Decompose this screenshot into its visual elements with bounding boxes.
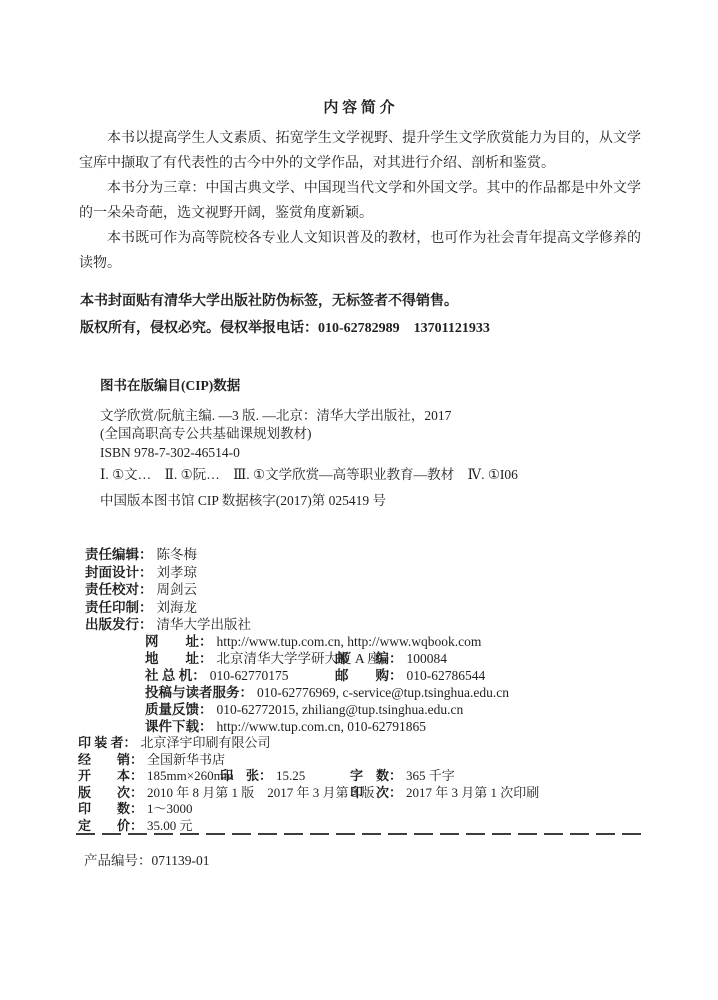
printing-details-block: 印 装 者：北京泽宇印刷有限公司 经 销：全国新华书店 开 本：185mm×26… — [78, 735, 648, 835]
printing-word-count: 字 数：365 千字 — [350, 768, 455, 785]
credit-value: 陈冬梅 — [157, 547, 198, 562]
contact-row-website: 网 址：http://www.tup.com.cn, http://www.wq… — [145, 633, 645, 650]
content-summary-title: 内 容 简 介 — [0, 96, 718, 117]
credit-label: 责任校对： — [85, 582, 153, 597]
contact-value: 010-62776969, c-service@tup.tsinghua.edu… — [257, 685, 509, 700]
contact-value: http://www.tup.com.cn, 010-62791865 — [217, 719, 426, 734]
credit-label: 责任印制： — [85, 600, 153, 615]
printing-label: 定 价： — [78, 818, 143, 833]
contact-label: 课件下载： — [145, 719, 213, 734]
credit-label: 责任编辑： — [85, 547, 153, 562]
printing-impression: 印 次：2017 年 3 月第 1 次印刷 — [350, 785, 539, 802]
contact-value: 100084 — [407, 651, 448, 666]
publisher-contact-block: 网 址：http://www.tup.com.cn, http://www.wq… — [145, 633, 645, 735]
product-number: 产品编号：071139-01 — [84, 849, 210, 869]
credit-value: 周剑云 — [157, 582, 198, 597]
content-summary: 本书以提高学生人文素质、拓宽学生文学视野、提升学生文学欣赏能力为目的，从文学宝库… — [79, 126, 641, 276]
contact-label: 地 址： — [145, 651, 213, 666]
cip-header: 图书在版编目(CIP)数据 — [100, 377, 630, 396]
product-number-label: 产品编号： — [84, 853, 152, 868]
contact-postcode: 邮 编：100084 — [335, 650, 447, 667]
printing-row-distributor: 经 销：全国新华书店 — [78, 752, 648, 769]
contact-label: 社 总 机： — [145, 668, 206, 683]
printing-value: 2010 年 8 月第 1 版 2017 年 3 月第 3 版 — [147, 785, 375, 800]
summary-paragraph: 本书分为三章：中国古典文学、中国现当代文学和外国文学。其中的作品都是中外文学的一… — [79, 176, 641, 226]
credit-row-print-supervisor: 责任印制：刘海龙 — [85, 599, 251, 617]
dashed-divider — [76, 833, 642, 835]
cip-isbn: ISBN 978-7-302-46514-0 — [100, 444, 630, 463]
summary-paragraph: 本书以提高学生人文素质、拓宽学生文学视野、提升学生文学欣赏能力为目的，从文学宝库… — [79, 126, 641, 176]
printing-value: 全国新华书店 — [147, 752, 225, 767]
contact-row-switchboard: 社 总 机：010-62770175 邮 购：010-62786544 — [145, 667, 645, 684]
printing-label: 版 次： — [78, 785, 143, 800]
cip-series-line: (全国高职高专公共基础课规划教材) — [100, 425, 630, 444]
anti-piracy-notice: 本书封面贴有清华大学出版社防伪标签，无标签者不得销售。 — [80, 288, 650, 315]
printing-row-printer: 印 装 者：北京泽宇印刷有限公司 — [78, 735, 648, 752]
contact-value: http://www.tup.com.cn, http://www.wqbook… — [217, 634, 482, 649]
credit-row-cover-design: 封面设计：刘孝琼 — [85, 564, 251, 582]
contact-row-reader-service: 投稿与读者服务：010-62776969, c-service@tup.tsin… — [145, 684, 645, 701]
credit-value: 刘海龙 — [157, 600, 198, 615]
summary-paragraph: 本书既可作为高等院校各专业人文知识普及的教材，也可作为社会青年提高文学修养的读物… — [79, 226, 641, 276]
product-number-value: 071139-01 — [152, 853, 210, 868]
printing-value: 北京泽宇印刷有限公司 — [141, 735, 271, 750]
credit-row-proofreader: 责任校对：周剑云 — [85, 581, 251, 599]
printing-label: 开 本： — [78, 768, 143, 783]
contact-label: 邮 编： — [335, 651, 403, 666]
cip-data-block: 图书在版编目(CIP)数据 文学欣赏/阮航主编. —3 版. —北京：清华大学出… — [100, 377, 630, 510]
printing-value: 1～3000 — [147, 801, 193, 816]
printing-value: 365 千字 — [406, 768, 455, 783]
printing-row-print-run: 印 数：1～3000 — [78, 801, 648, 818]
cip-classification: Ⅰ. ①文… Ⅱ. ①阮… Ⅲ. ①文学欣赏—高等职业教育—教材 Ⅳ. ①I06 — [100, 466, 630, 485]
contact-row-courseware-download: 课件下载：http://www.tup.com.cn, 010-62791865 — [145, 718, 645, 735]
printing-sheets: 印 张：15.25 — [220, 768, 305, 785]
contact-label: 投稿与读者服务： — [145, 685, 253, 700]
printing-label: 印 张： — [220, 768, 272, 783]
printing-value: 15.25 — [276, 768, 305, 783]
contact-value: 010-62786544 — [407, 668, 486, 683]
copyright-notice-block: 本书封面贴有清华大学出版社防伪标签，无标签者不得销售。 版权所有，侵权必究。侵权… — [80, 288, 650, 342]
infringement-hotline: 版权所有，侵权必究。侵权举报电话：010-62782989 1370112193… — [80, 315, 650, 342]
contact-row-address: 地 址：北京清华大学学研大厦 A 座 邮 编：100084 — [145, 650, 645, 667]
printing-label: 字 数： — [350, 768, 402, 783]
credit-label: 出版发行： — [85, 617, 153, 632]
contact-label: 邮 购： — [335, 668, 403, 683]
contact-value: 010-62772015, zhiliang@tup.tsinghua.edu.… — [217, 702, 464, 717]
printing-label: 经 销： — [78, 752, 143, 767]
printing-value: 35.00 元 — [147, 818, 193, 833]
cip-record-number: 中国版本图书馆 CIP 数据核字(2017)第 025419 号 — [100, 492, 630, 511]
credit-value: 刘孝琼 — [157, 565, 198, 580]
contact-label: 质量反馈： — [145, 702, 213, 717]
printing-label: 印 次： — [350, 785, 402, 800]
printing-label: 印 装 者： — [78, 735, 137, 750]
credit-row-editor: 责任编辑：陈冬梅 — [85, 546, 251, 564]
contact-mail-order: 邮 购：010-62786544 — [335, 667, 485, 684]
contact-row-quality-feedback: 质量反馈：010-62772015, zhiliang@tup.tsinghua… — [145, 701, 645, 718]
credit-label: 封面设计： — [85, 565, 153, 580]
contact-label: 网 址： — [145, 634, 213, 649]
cip-title-line: 文学欣赏/阮航主编. —3 版. —北京：清华大学出版社，2017 — [100, 407, 630, 426]
printing-value: 2017 年 3 月第 1 次印刷 — [406, 785, 539, 800]
printing-row-format: 开 本：185mm×260mm 印 张：15.25 字 数：365 千字 — [78, 768, 648, 785]
book-copyright-page: 内 容 简 介 本书以提高学生人文素质、拓宽学生文学视野、提升学生文学欣赏能力为… — [0, 0, 718, 1000]
printing-label: 印 数： — [78, 801, 143, 816]
credit-row-publisher: 出版发行：清华大学出版社 — [85, 616, 251, 634]
staff-credits-block: 责任编辑：陈冬梅 封面设计：刘孝琼 责任校对：周剑云 责任印制：刘海龙 出版发行… — [85, 546, 251, 634]
credit-value: 清华大学出版社 — [157, 617, 252, 632]
printing-row-edition: 版 次：2010 年 8 月第 1 版 2017 年 3 月第 3 版 印 次：… — [78, 785, 648, 802]
contact-value: 010-62770175 — [210, 668, 289, 683]
